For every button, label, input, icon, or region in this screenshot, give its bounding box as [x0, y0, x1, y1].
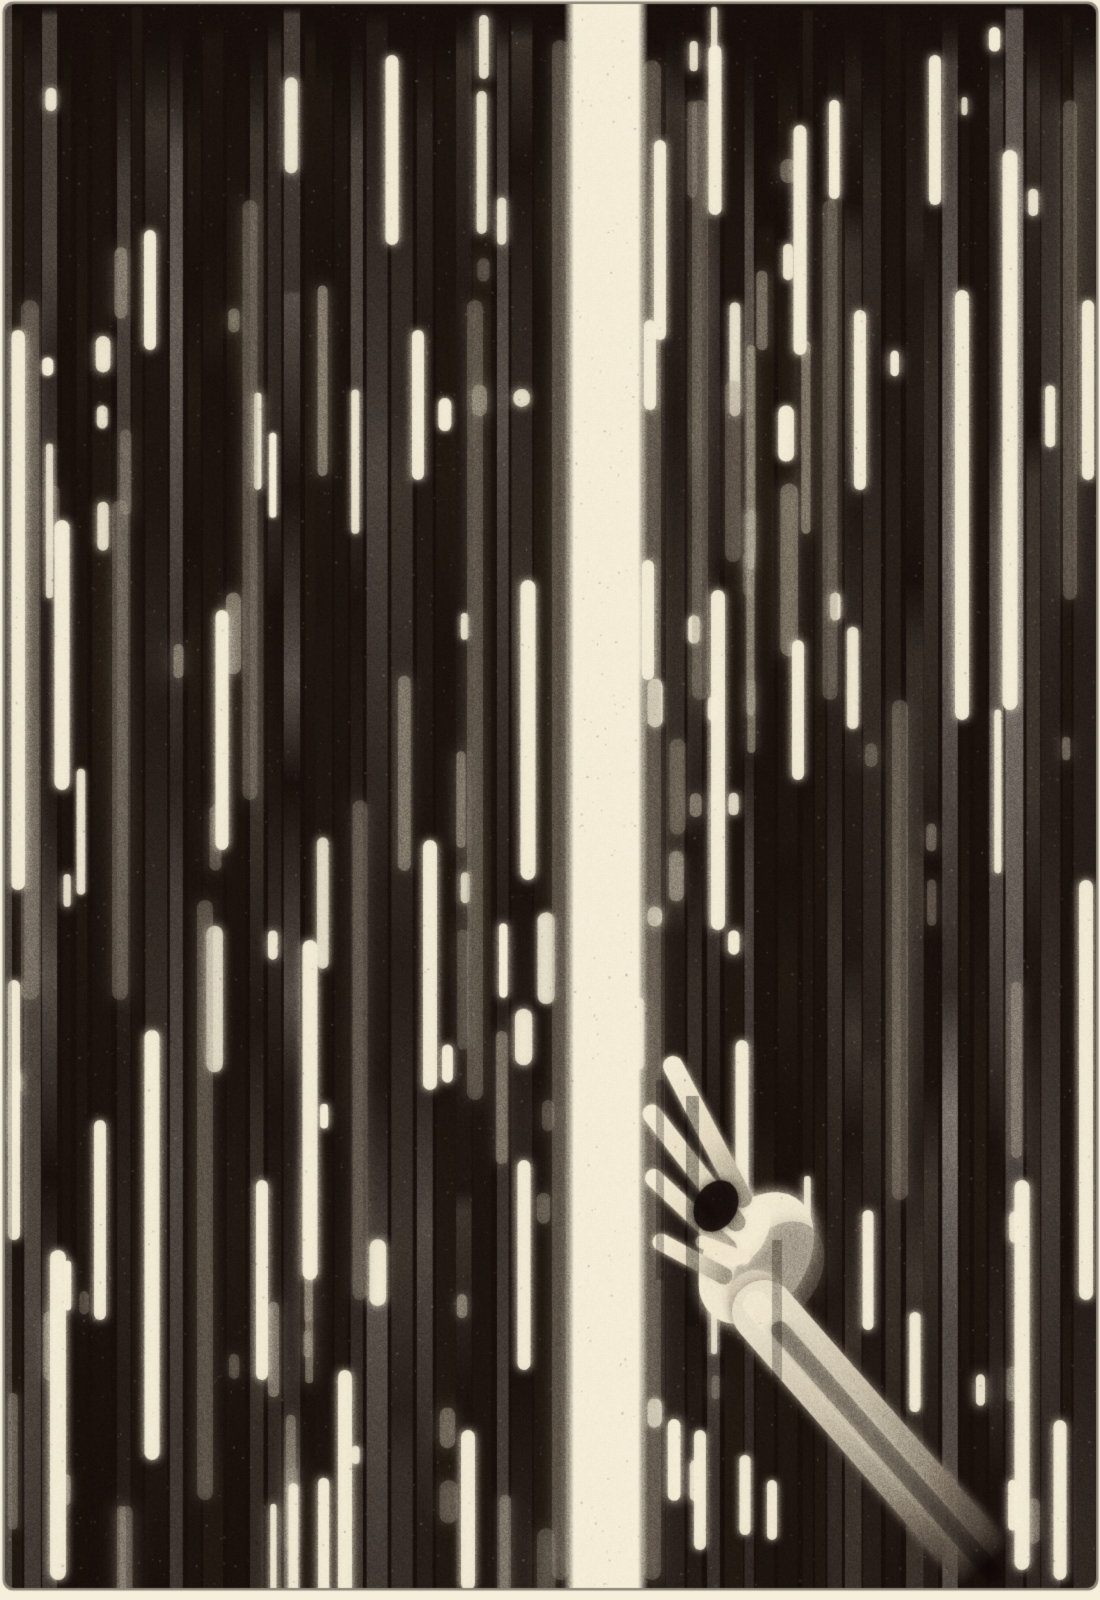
artwork-photograph: [0, 0, 1100, 1600]
page: [0, 0, 1100, 1600]
artwork-canvas: [0, 0, 1100, 1600]
